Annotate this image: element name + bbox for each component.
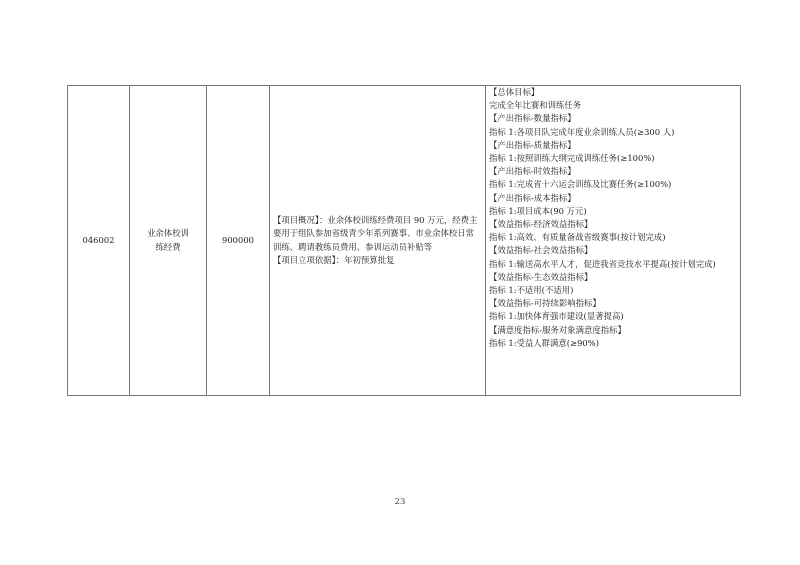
project-table: 046002 业余体校训练经费 900000 【项目概况】：业余体校训练经费项目…	[67, 85, 741, 396]
target-line: 指标 1:按照训练大纲完成训练任务(≥100%)	[489, 152, 737, 165]
overview-basis: 【项目立项依据】：年初预算批复	[273, 254, 482, 267]
target-line: 【效益指标-经济效益指标】	[489, 218, 737, 231]
target-line: 指标 1:项目成本(90 万元)	[489, 205, 737, 218]
table-row: 046002 业余体校训练经费 900000 【项目概况】：业余体校训练经费项目…	[68, 86, 741, 396]
project-name-text: 业余体校训练经费	[130, 227, 206, 253]
target-line: 指标 1:不适用(不适用)	[489, 284, 737, 297]
page-number: 23	[0, 497, 800, 507]
target-line: 指标 1:高效、有质量备战省级赛事(按计划完成)	[489, 231, 737, 244]
overview-text: 【项目概况】：业余体校训练经费项目 90 万元，经费主要用于组队参加省级青少年系…	[273, 214, 482, 254]
performance-targets: 【总体目标】 完成全年比赛和训练任务 【产出指标-数量指标】 指标 1:各项目队…	[486, 86, 741, 396]
target-line: 【效益指标-社会效益指标】	[489, 244, 737, 257]
target-line: 指标 1:加快体育强市建设(显著提高)	[489, 310, 737, 323]
project-overview: 【项目概况】：业余体校训练经费项目 90 万元，经费主要用于组队参加省级青少年系…	[270, 86, 486, 396]
target-line: 【产出指标-时效指标】	[489, 165, 737, 178]
target-line: 【效益指标-可持续影响指标】	[489, 297, 737, 310]
target-line: 【产出指标-质量指标】	[489, 139, 737, 152]
target-line: 完成全年比赛和训练任务	[489, 99, 737, 112]
target-line: 【效益指标-生态效益指标】	[489, 271, 737, 284]
target-line: 【产出指标-数量指标】	[489, 112, 737, 125]
project-code: 046002	[68, 86, 130, 396]
target-line: 指标 1:各项目队完成年度业余训练人员(≥300 人)	[489, 126, 737, 139]
target-line: 指标 1:受益人群满意(≥90%)	[489, 337, 737, 350]
target-line: 指标 1:输送高水平人才，促进我省竞技水平提高(按计划完成)	[489, 258, 737, 271]
project-amount: 900000	[207, 86, 270, 396]
target-line: 指标 1:完成省十六运会训练及比赛任务(≥100%)	[489, 178, 737, 191]
project-name: 业余体校训练经费	[130, 86, 207, 396]
target-line: 【满意度指标-服务对象满意度指标】	[489, 324, 737, 337]
target-line: 【总体目标】	[489, 86, 737, 99]
target-line: 【产出指标-成本指标】	[489, 192, 737, 205]
